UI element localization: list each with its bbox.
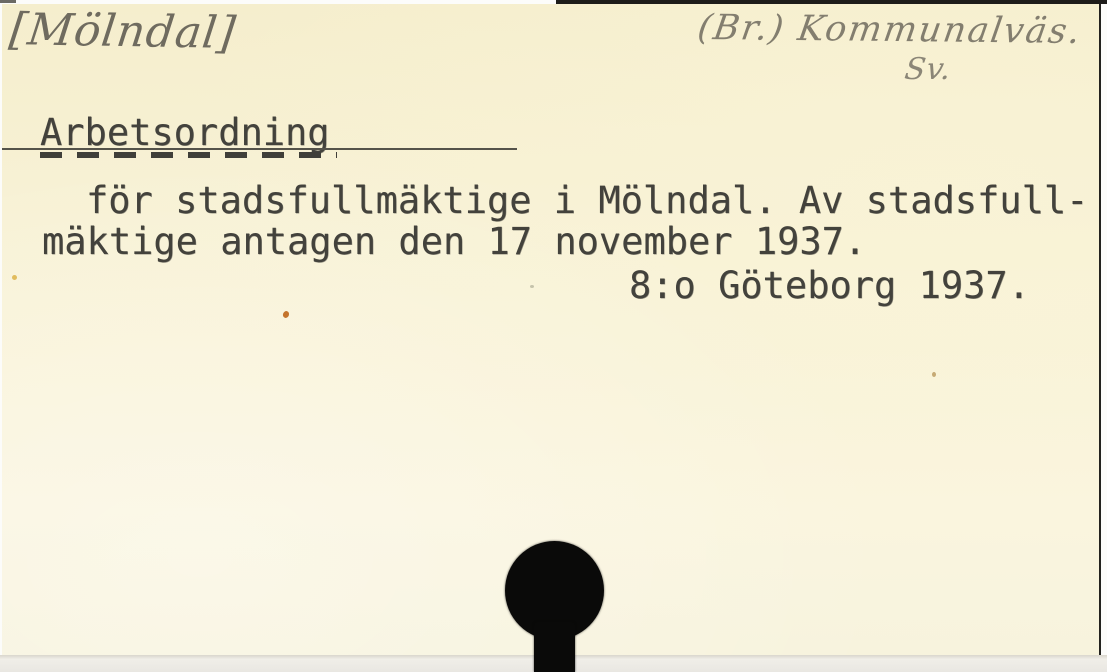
paper-speck [12, 275, 17, 280]
card-title: Arbetsordning [40, 114, 330, 151]
body-line-2: mäktige antagen den 17 november 1937. [42, 223, 866, 260]
catalog-rod-hole-slot [534, 622, 575, 672]
title-dashed-underline [40, 152, 337, 158]
imprint-line: 8:o Göteborg 1937. [629, 267, 1030, 304]
paper-speck [530, 285, 534, 288]
handwritten-classification-note: (Br.) Kommunalväs. [695, 8, 1085, 52]
scanned-catalog-card: [Mölndal] (Br.) Kommunalväs. Sv. Arbetso… [0, 0, 1107, 672]
body-line-1: för stadsfullmäktige i Mölndal. Av stads… [86, 182, 1088, 219]
scan-top-left-mark [0, 0, 16, 3]
paper-speck [282, 310, 290, 319]
handwritten-language-note: Sv. [903, 52, 954, 87]
paper-speck [932, 372, 936, 377]
scan-top-edge-line [556, 0, 1107, 4]
title-underline-rule [2, 148, 517, 150]
handwritten-place-heading: [Mölndal] [7, 4, 239, 59]
